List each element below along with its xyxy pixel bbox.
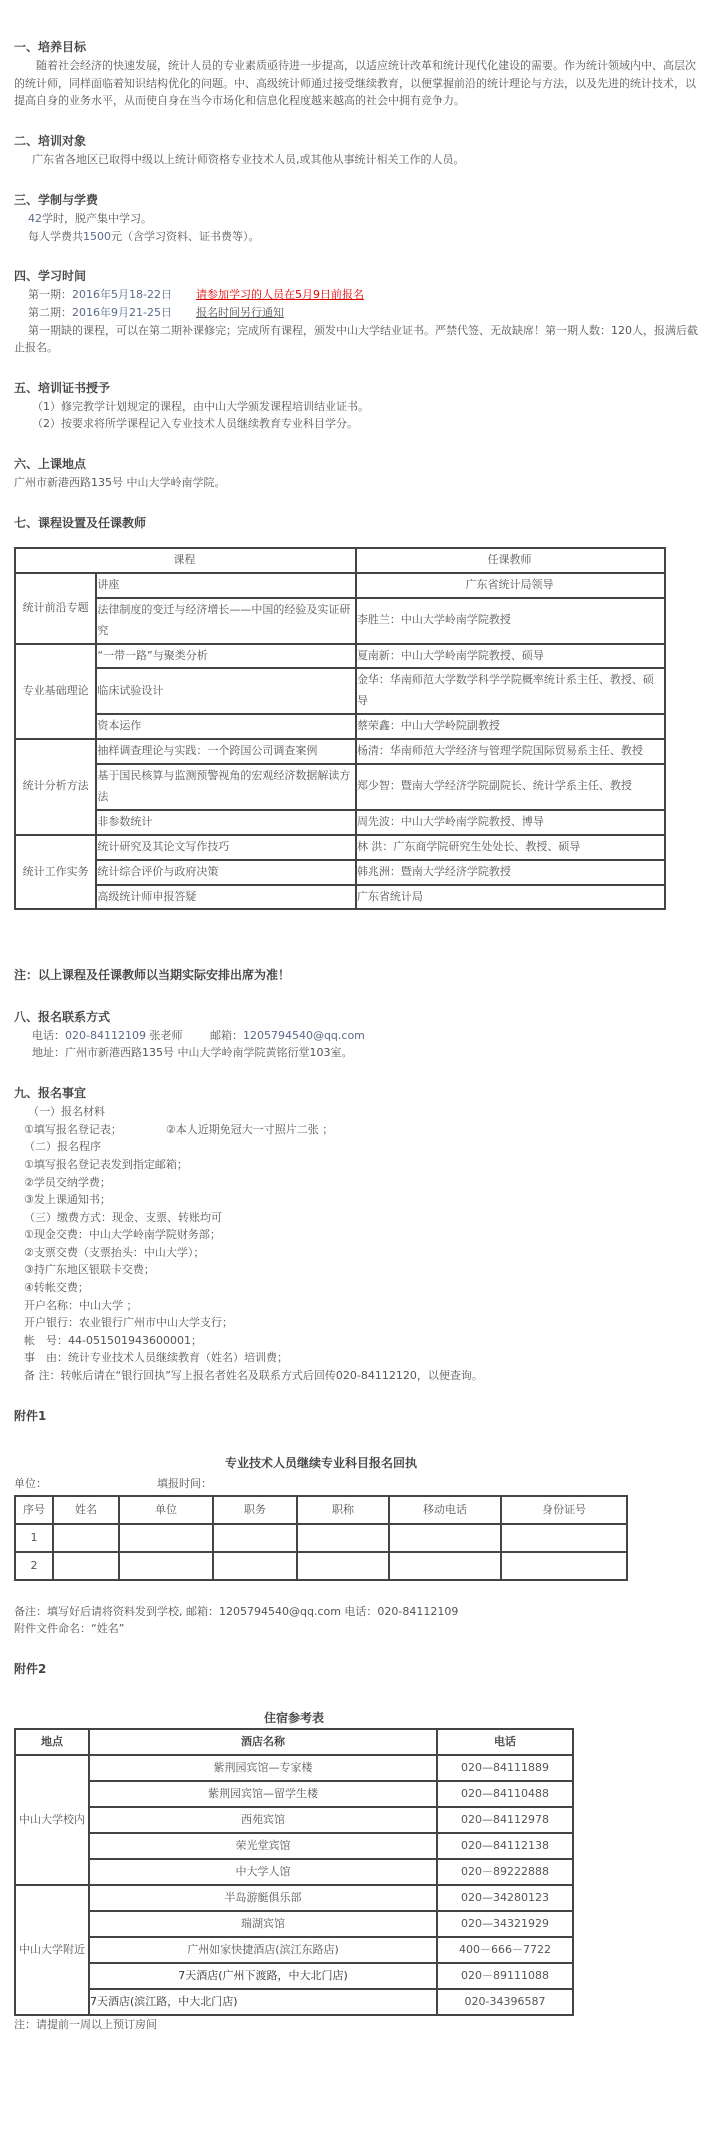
table-row: 7天酒店(广州下渡路，中大北门店) 020－89111088 [15,1963,573,1989]
contact-person: 张老师 [149,1029,182,1042]
hotel-name: 紫荆园宾馆—专家楼 [89,1755,437,1781]
unit-cell[interactable] [119,1552,213,1580]
registration-procedure-heading: （二）报名程序 [14,1138,701,1156]
header-hotel-name: 酒店名称 [89,1729,437,1755]
procedure-item-2: ②学员交纳学费； [14,1174,701,1192]
course-name: “一带一路”与聚类分析 [96,644,356,669]
course-name: 非参数统计 [96,810,356,835]
table-row: 资本运作 蔡荣鑫：中山大学岭院副教授 [15,714,665,739]
table-row: 1 [15,1524,627,1552]
account-number: 帐 号：44-051501943600001； [14,1332,701,1350]
course-footnote: 注：以上课程及任课教师以当期实际安排出席为准！ [14,966,701,985]
course-category: 统计工作实务 [15,835,96,910]
email-value[interactable]: 1205794540@qq.com [243,1029,365,1042]
hotel-booking-note: 注：请提前一周以上预订房间 [14,2016,701,2034]
training-notice-document: 一、培养目标 随着社会经济的快速发展，统计人员的专业素质亟待进一步提高，以适应统… [0,0,715,2054]
course-table: 课程 任课教师 统计前沿专题 讲座 广东省统计局领导 法律制度的变迁与经济增长—… [14,547,666,910]
payment-purpose: 事 由：统计专业技术人员继续教育（姓名）培训费； [14,1349,701,1367]
course-name: 统计研究及其论文写作技巧 [96,835,356,860]
payment-remark: 备 注：转帐后请在“银行回执”写上报名者姓名及联系方式后回传020-841121… [14,1367,701,1385]
table-row: 中山大学校内 紫荆园宾馆—专家楼 020—84111889 [15,1755,573,1781]
course-category: 统计前沿专题 [15,573,96,644]
certificate-item-1: （1）修完教学计划规定的课程，由中山大学颁发课程培训结业证书。 [14,398,701,416]
hotel-name: 7天酒店(广州下渡路，中大北门店) [89,1963,437,1989]
course-name: 临床试验设计 [96,668,356,714]
hotel-phone: 020-34396587 [437,1989,573,2015]
payment-item-4: ④转帐交费； [14,1279,701,1297]
hotel-location: 中山大学校内 [15,1755,89,1885]
attachment-1-note: 备注：填写好后请将资料发到学校, 邮箱：1205794540@qq.com 电话… [14,1603,701,1621]
section-title-audience: 二、培训对象 [14,132,701,151]
period-2-date: 2016年9月21-25日 [72,306,172,319]
table-row: 西苑宾馆 020—84112978 [15,1807,573,1833]
hotel-phone: 400－666－7722 [437,1937,573,1963]
hotel-name: 紫荆园宾馆—留学生楼 [89,1781,437,1807]
hotel-name: 荣光堂宾馆 [89,1833,437,1859]
account-name: 开户名称：中山大学 ； [14,1297,701,1315]
registration-materials-heading: （一）报名材料 [14,1103,701,1121]
course-teacher: 郑少智：暨南大学经济学院副院长、统计学系主任、教授 [356,764,665,810]
period-1-date: 2016年5月18-22日 [72,288,172,301]
id-number-cell[interactable] [501,1524,627,1552]
payment-item-2: ②支票交费（支票抬头：中山大学）； [14,1244,701,1262]
table-row: 专业基础理论 “一带一路”与聚类分析 夏南新：中山大学岭南学院教授、硕导 [15,644,665,669]
id-number-cell[interactable] [501,1552,627,1580]
course-name: 讲座 [96,573,356,598]
table-row: 广州如家快捷酒店(滨江东路店) 400－666－7722 [15,1937,573,1963]
header-course: 课程 [15,548,356,573]
hotel-phone: 020—84112978 [437,1807,573,1833]
header-position: 职务 [213,1496,297,1524]
phone-value: 020-84112109 [65,1029,146,1042]
hotel-table-header: 地点 酒店名称 电话 [15,1729,573,1755]
header-id-number: 身份证号 [501,1496,627,1524]
payment-item-3: ③持广东地区银联卡交费； [14,1261,701,1279]
table-row: 2 [15,1552,627,1580]
header-phone: 电话 [437,1729,573,1755]
period-1-label: 第一期： [28,288,72,301]
mobile-cell[interactable] [389,1524,501,1552]
fee-suffix: 元（含学习资料、证书费等）。 [111,230,260,243]
period-2-label: 第二期： [28,306,72,319]
table-row: 法律制度的变迁与经济增长——中国的经验及实证研究 李胜兰：中山大学岭南学院教授 [15,598,665,644]
table-row: 7天酒店(滨江路，中大北门店) 020-34396587 [15,1989,573,2015]
course-table-header: 课程 任课教师 [15,548,665,573]
table-row: 统计分析方法 抽样调查理论与实践：一个跨国公司调查案例 杨清：华南师范大学经济与… [15,739,665,764]
hotel-phone: 020—34321929 [437,1911,573,1937]
registration-form-table: 序号 姓名 单位 职务 职称 移动电话 身份证号 1 2 [14,1495,628,1581]
attachment-2-label: 附件2 [14,1660,701,1679]
address-value: 广州市新港西路135号 中山大学岭南学院黄铭衍堂103室。 [65,1046,353,1059]
course-teacher: 李胜兰：中山大学岭南学院教授 [356,598,665,644]
procedure-item-3: ③发上课通知书； [14,1191,701,1209]
period-1-registration-link[interactable]: 请参加学习的人员在5月9日前报名 [196,288,364,301]
section-title-certificate: 五、培训证书授予 [14,379,701,398]
position-cell[interactable] [213,1524,297,1552]
course-name: 高级统计师申报答疑 [96,885,356,910]
hours-text: 学时，脱产集中学习。 [42,212,152,225]
fee-line: 每人学费共1500元（含学习资料、证书费等）。 [14,228,701,246]
row-seq: 1 [15,1524,53,1552]
certificate-item-2: （2）按要求将所学课程记入专业技术人员继续教育专业科目学分。 [14,415,701,433]
table-row: 临床试验设计 金华：华南师范大学数学科学学院概率统计系主任、教授、硕导 [15,668,665,714]
header-name: 姓名 [53,1496,119,1524]
header-location: 地点 [15,1729,89,1755]
header-teacher: 任课教师 [356,548,665,573]
table-row: 统计前沿专题 讲座 广东省统计局领导 [15,573,665,598]
hotel-location: 中山大学附近 [15,1885,89,2015]
registration-materials-items: ①填写报名登记表；②本人近期免冠大一寸照片二张 ； [14,1121,701,1139]
payment-heading: （三）缴费方式：现金、支票、转账均可 [14,1209,701,1227]
section-title-goals: 一、培养目标 [14,38,701,57]
title-cell[interactable] [297,1524,389,1552]
title-cell[interactable] [297,1552,389,1580]
table-row: 荣光堂宾馆 020—84112138 [15,1833,573,1859]
section-title-courses: 七、课程设置及任课教师 [14,514,701,533]
section-title-registration: 九、报名事宜 [14,1084,701,1103]
fee-prefix: 每人学费共 [28,230,83,243]
header-seq: 序号 [15,1496,53,1524]
course-teacher: 林 洪：广东商学院研究生处处长、教授、硕导 [356,835,665,860]
course-name: 抽样调查理论与实践：一个跨国公司调查案例 [96,739,356,764]
section-title-schedule: 四、学习时间 [14,267,701,286]
payment-item-1: ①现金交费：中山大学岭南学院财务部； [14,1226,701,1244]
course-name: 统计综合评价与政府决策 [96,860,356,885]
period-2-notice-link[interactable]: 报名时间另行通知 [196,306,284,319]
registration-table-header: 序号 姓名 单位 职务 职称 移动电话 身份证号 [15,1496,627,1524]
registration-form-meta: 单位：填报时间： [14,1475,701,1493]
course-category: 统计分析方法 [15,739,96,835]
course-category: 专业基础理论 [15,644,96,740]
fee-value: 1500 [83,230,111,243]
audience-paragraph: 广东省各地区已取得中级以上统计师资格专业技术人员,或其他从事统计相关工作的人员。 [14,151,701,169]
phone-label: 电话： [32,1029,65,1042]
attachment-1-filename-note: 附件文件命名：“姓名” [14,1620,701,1638]
course-teacher: 韩兆洲：暨南大学经济学院教授 [356,860,665,885]
email-label: 邮箱： [210,1029,243,1042]
hotel-phone: 020—84111889 [437,1755,573,1781]
name-cell[interactable] [53,1524,119,1552]
course-teacher: 广东省统计局领导 [356,573,665,598]
address-label: 地址： [32,1046,65,1059]
period-2-line: 第二期：2016年9月21-25日报名时间另行通知 [14,304,701,322]
hotel-table-title: 住宿参考表 [14,1709,574,1728]
hotel-phone: 020—34280123 [437,1885,573,1911]
course-name: 资本运作 [96,714,356,739]
course-teacher: 广东省统计局 [356,885,665,910]
hotel-phone: 020—84110488 [437,1781,573,1807]
hotel-name: 半岛游艇俱乐部 [89,1885,437,1911]
unit-cell[interactable] [119,1524,213,1552]
registration-form-title: 专业技术人员继续专业科目报名回执 [14,1454,628,1473]
hotel-table: 地点 酒店名称 电话 中山大学校内 紫荆园宾馆—专家楼 020—84111889… [14,1728,574,2016]
course-teacher: 夏南新：中山大学岭南学院教授、硕导 [356,644,665,669]
table-row: 中大学人馆 020－89222888 [15,1859,573,1885]
contact-line: 电话：020-84112109 张老师 邮箱：1205794540@qq.com [14,1027,701,1045]
course-teacher: 金华：华南师范大学数学科学学院概率统计系主任、教授、硕导 [356,668,665,714]
row-seq: 2 [15,1552,53,1580]
material-item-2: ②本人近期免冠大一寸照片二张 ； [166,1123,333,1136]
hotel-name: 中大学人馆 [89,1859,437,1885]
course-teacher: 周先波：中山大学岭南学院教授、博导 [356,810,665,835]
period-1-line: 第一期：2016年5月18-22日请参加学习的人员在5月9日前报名 [14,286,701,304]
procedure-item-1: ①填写报名登记表发到指定邮箱； [14,1156,701,1174]
table-row: 高级统计师申报答疑 广东省统计局 [15,885,665,910]
header-unit: 单位 [119,1496,213,1524]
hotel-name: 7天酒店(滨江路，中大北门店) [89,1989,437,2015]
header-title: 职称 [297,1496,389,1524]
material-item-1: ①填写报名登记表； [24,1123,122,1136]
address-line: 地址：广州市新港西路135号 中山大学岭南学院黄铭衍堂103室。 [14,1044,701,1062]
goals-paragraph: 随着社会经济的快速发展，统计人员的专业素质亟待进一步提高，以适应统计改革和统计现… [14,57,701,110]
hotel-name: 瑞湖宾馆 [89,1911,437,1937]
hotel-name: 广州如家快捷酒店(滨江东路店) [89,1937,437,1963]
table-row: 基于国民核算与监测预警视角的宏观经济数据解读方法 郑少智：暨南大学经济学院副院长… [15,764,665,810]
hotel-name: 西苑宾馆 [89,1807,437,1833]
hotel-phone: 020－89111088 [437,1963,573,1989]
hours-line: 42学时，脱产集中学习。 [14,210,701,228]
table-row: 统计综合评价与政府决策 韩兆洲：暨南大学经济学院教授 [15,860,665,885]
date-label: 填报时间： [157,1477,212,1490]
course-name: 法律制度的变迁与经济增长——中国的经验及实证研究 [96,598,356,644]
section-title-tuition: 三、学制与学费 [14,191,701,210]
mobile-cell[interactable] [389,1552,501,1580]
account-bank: 开户银行：农业银行广州市中山大学支行； [14,1314,701,1332]
hours-value: 42 [28,212,42,225]
unit-label: 单位： [14,1477,47,1490]
table-row: 统计工作实务 统计研究及其论文写作技巧 林 洪：广东商学院研究生处处长、教授、硕… [15,835,665,860]
hotel-phone: 020—84112138 [437,1833,573,1859]
table-row: 瑞湖宾馆 020—34321929 [15,1911,573,1937]
schedule-note: 第一期缺的课程，可以在第二期补课修完；完成所有课程，颁发中山大学结业证书。严禁代… [14,322,701,357]
section-title-contact: 八、报名联系方式 [14,1008,701,1027]
position-cell[interactable] [213,1552,297,1580]
name-cell[interactable] [53,1552,119,1580]
location-address: 广州市新港西路135号 中山大学岭南学院。 [14,474,701,492]
table-row: 紫荆园宾馆—留学生楼 020—84110488 [15,1781,573,1807]
section-title-location: 六、上课地点 [14,455,701,474]
attachment-1-label: 附件1 [14,1407,701,1426]
course-name: 基于国民核算与监测预警视角的宏观经济数据解读方法 [96,764,356,810]
course-teacher: 杨清：华南师范大学经济与管理学院国际贸易系主任、教授 [356,739,665,764]
header-mobile: 移动电话 [389,1496,501,1524]
course-teacher: 蔡荣鑫：中山大学岭院副教授 [356,714,665,739]
table-row: 非参数统计 周先波：中山大学岭南学院教授、博导 [15,810,665,835]
table-row: 中山大学附近 半岛游艇俱乐部 020—34280123 [15,1885,573,1911]
hotel-phone: 020－89222888 [437,1859,573,1885]
